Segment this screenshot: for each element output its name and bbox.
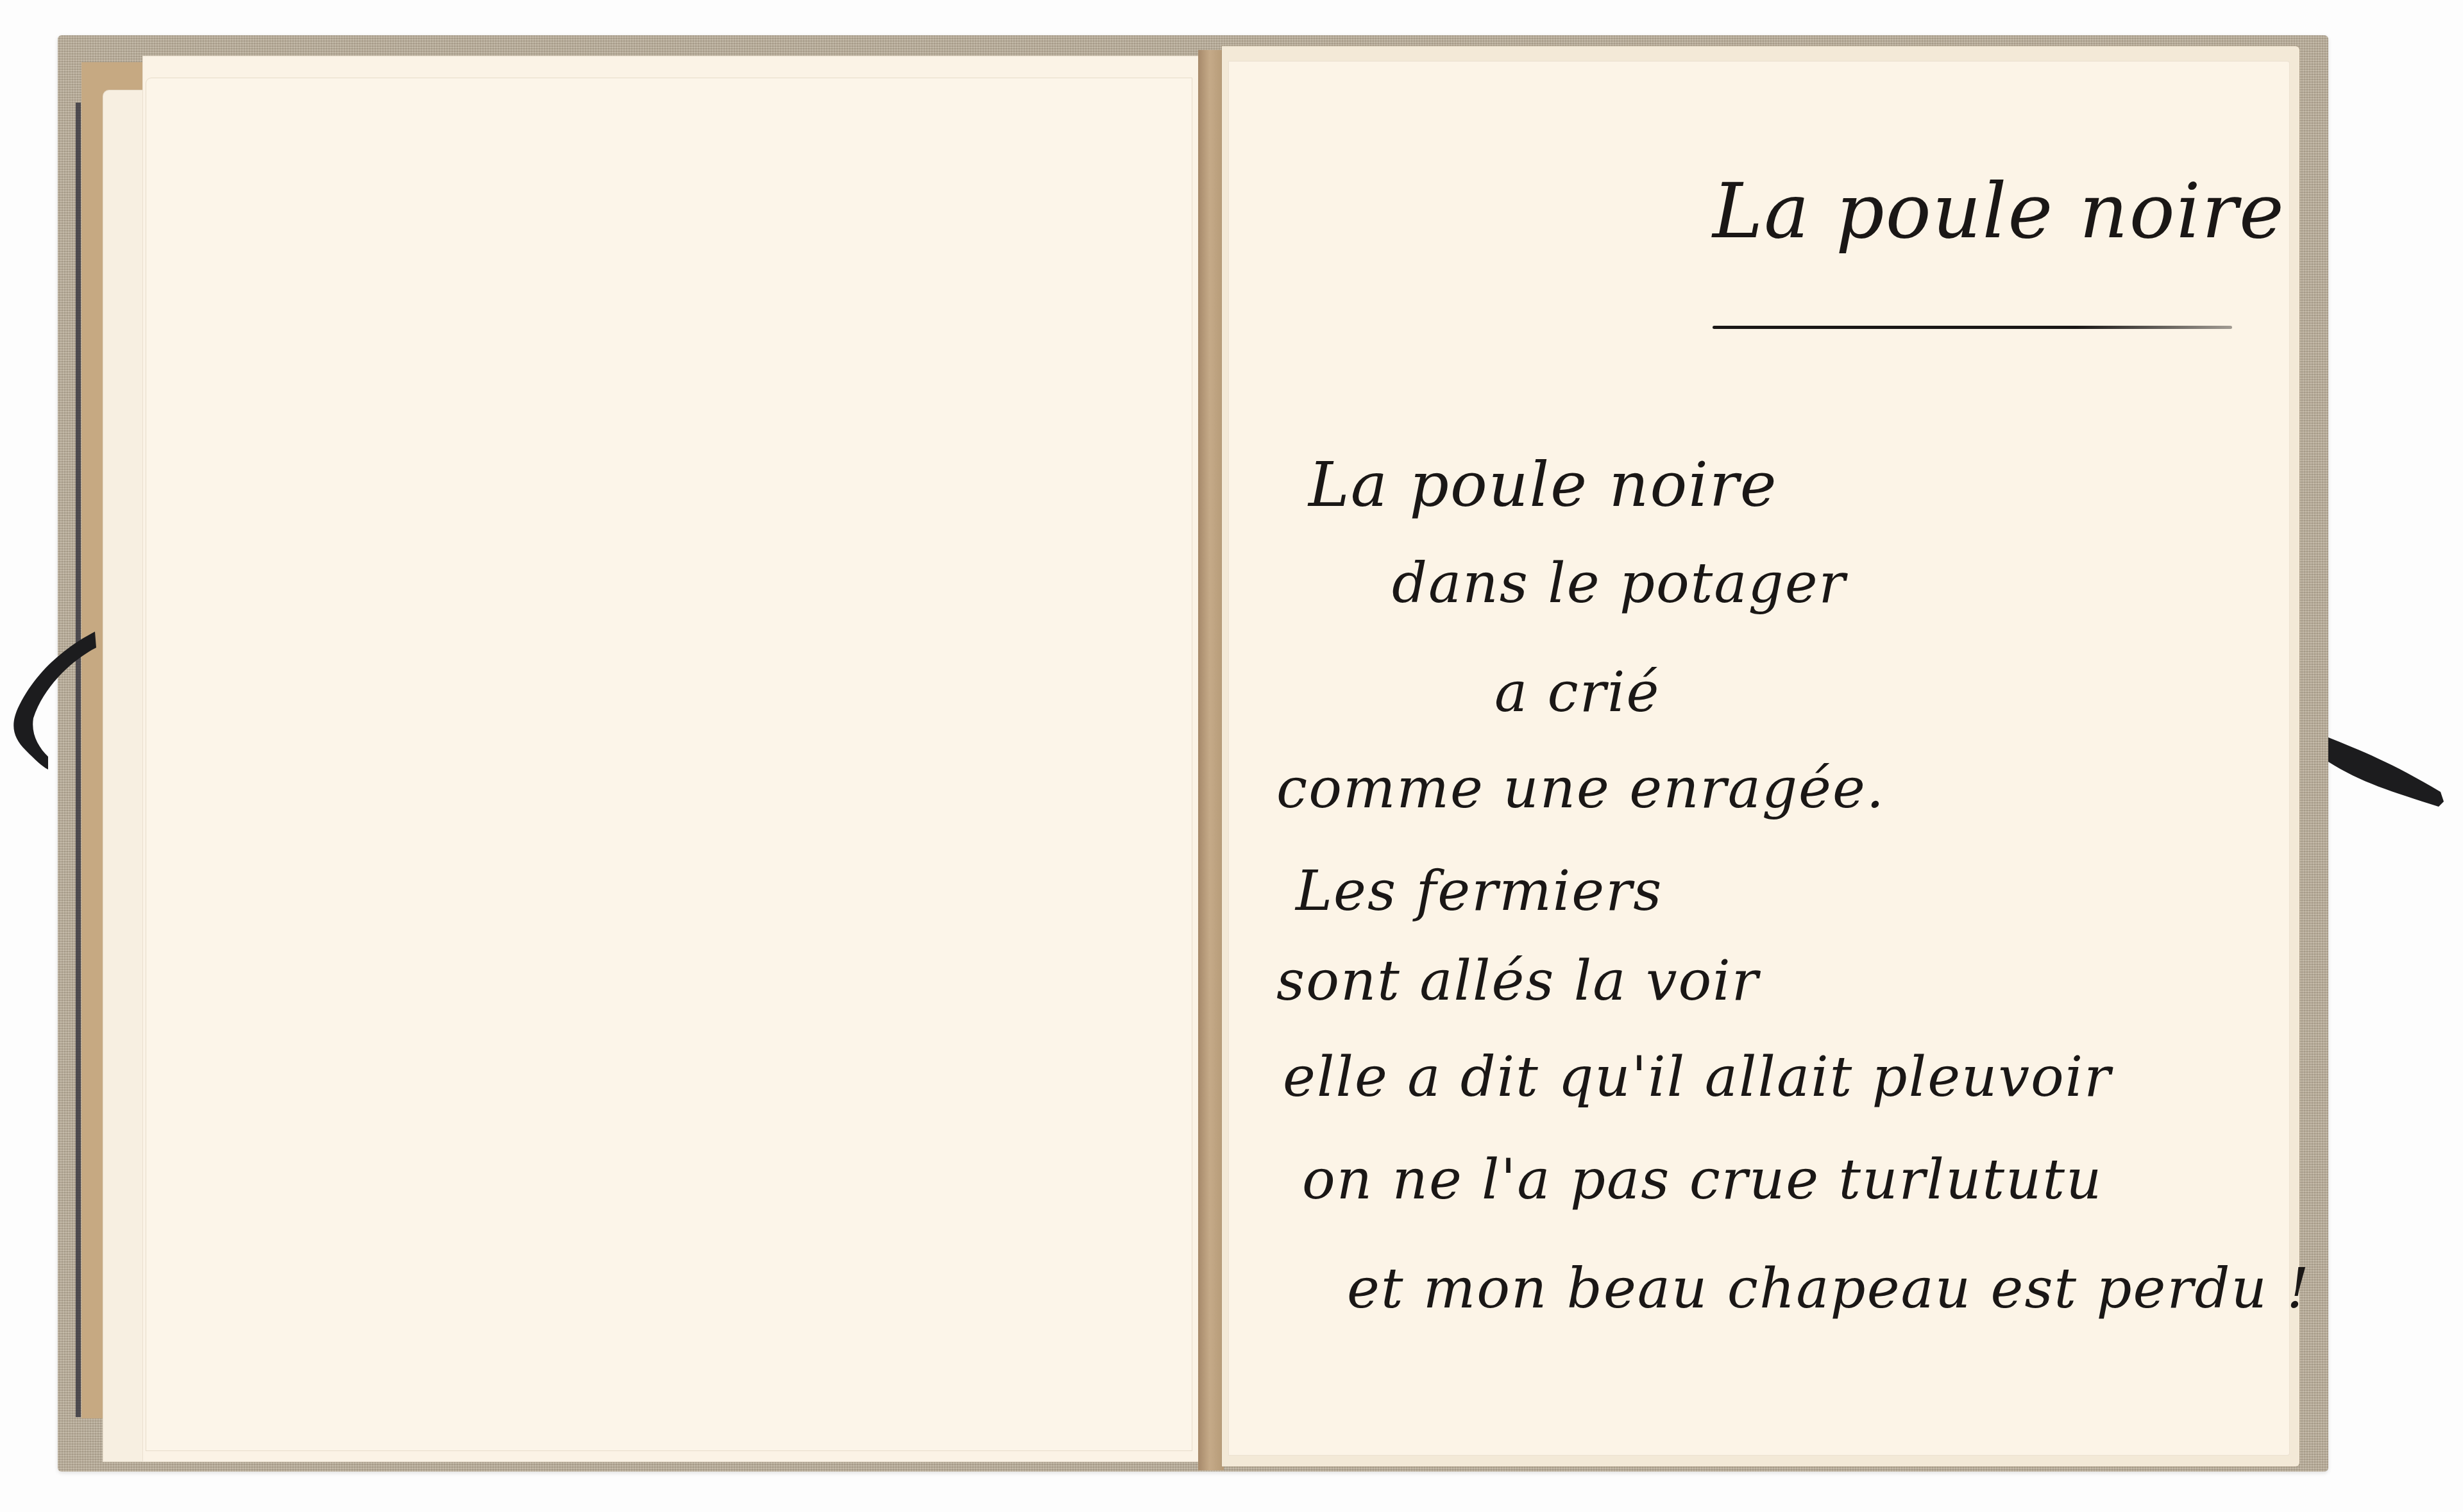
left-ribbon-tie bbox=[0, 609, 103, 776]
right-ribbon-tie bbox=[2328, 737, 2457, 814]
poem-line: sont allés la voir bbox=[1276, 949, 1759, 1013]
poem-line: et mon beau chapeau est perdu ! bbox=[1347, 1257, 2310, 1321]
poem-line: elle a dit qu'il allait pleuvoir bbox=[1283, 1045, 2112, 1109]
poem-line: dans le potager bbox=[1392, 551, 1847, 616]
poem-title: La poule noire bbox=[1713, 167, 2285, 255]
poem-line: on ne l'a pas crue turlututu bbox=[1302, 1148, 2103, 1212]
binding-gutter bbox=[1198, 50, 1224, 1470]
left-blank-page bbox=[146, 78, 1192, 1450]
poem-line: a crié bbox=[1494, 660, 1660, 725]
poem-line: comme une enragée. bbox=[1276, 757, 1885, 821]
title-underline bbox=[1713, 326, 2232, 329]
poem-line: La poule noire bbox=[1308, 449, 1778, 521]
poem-line: Les fermiers bbox=[1296, 859, 1663, 923]
